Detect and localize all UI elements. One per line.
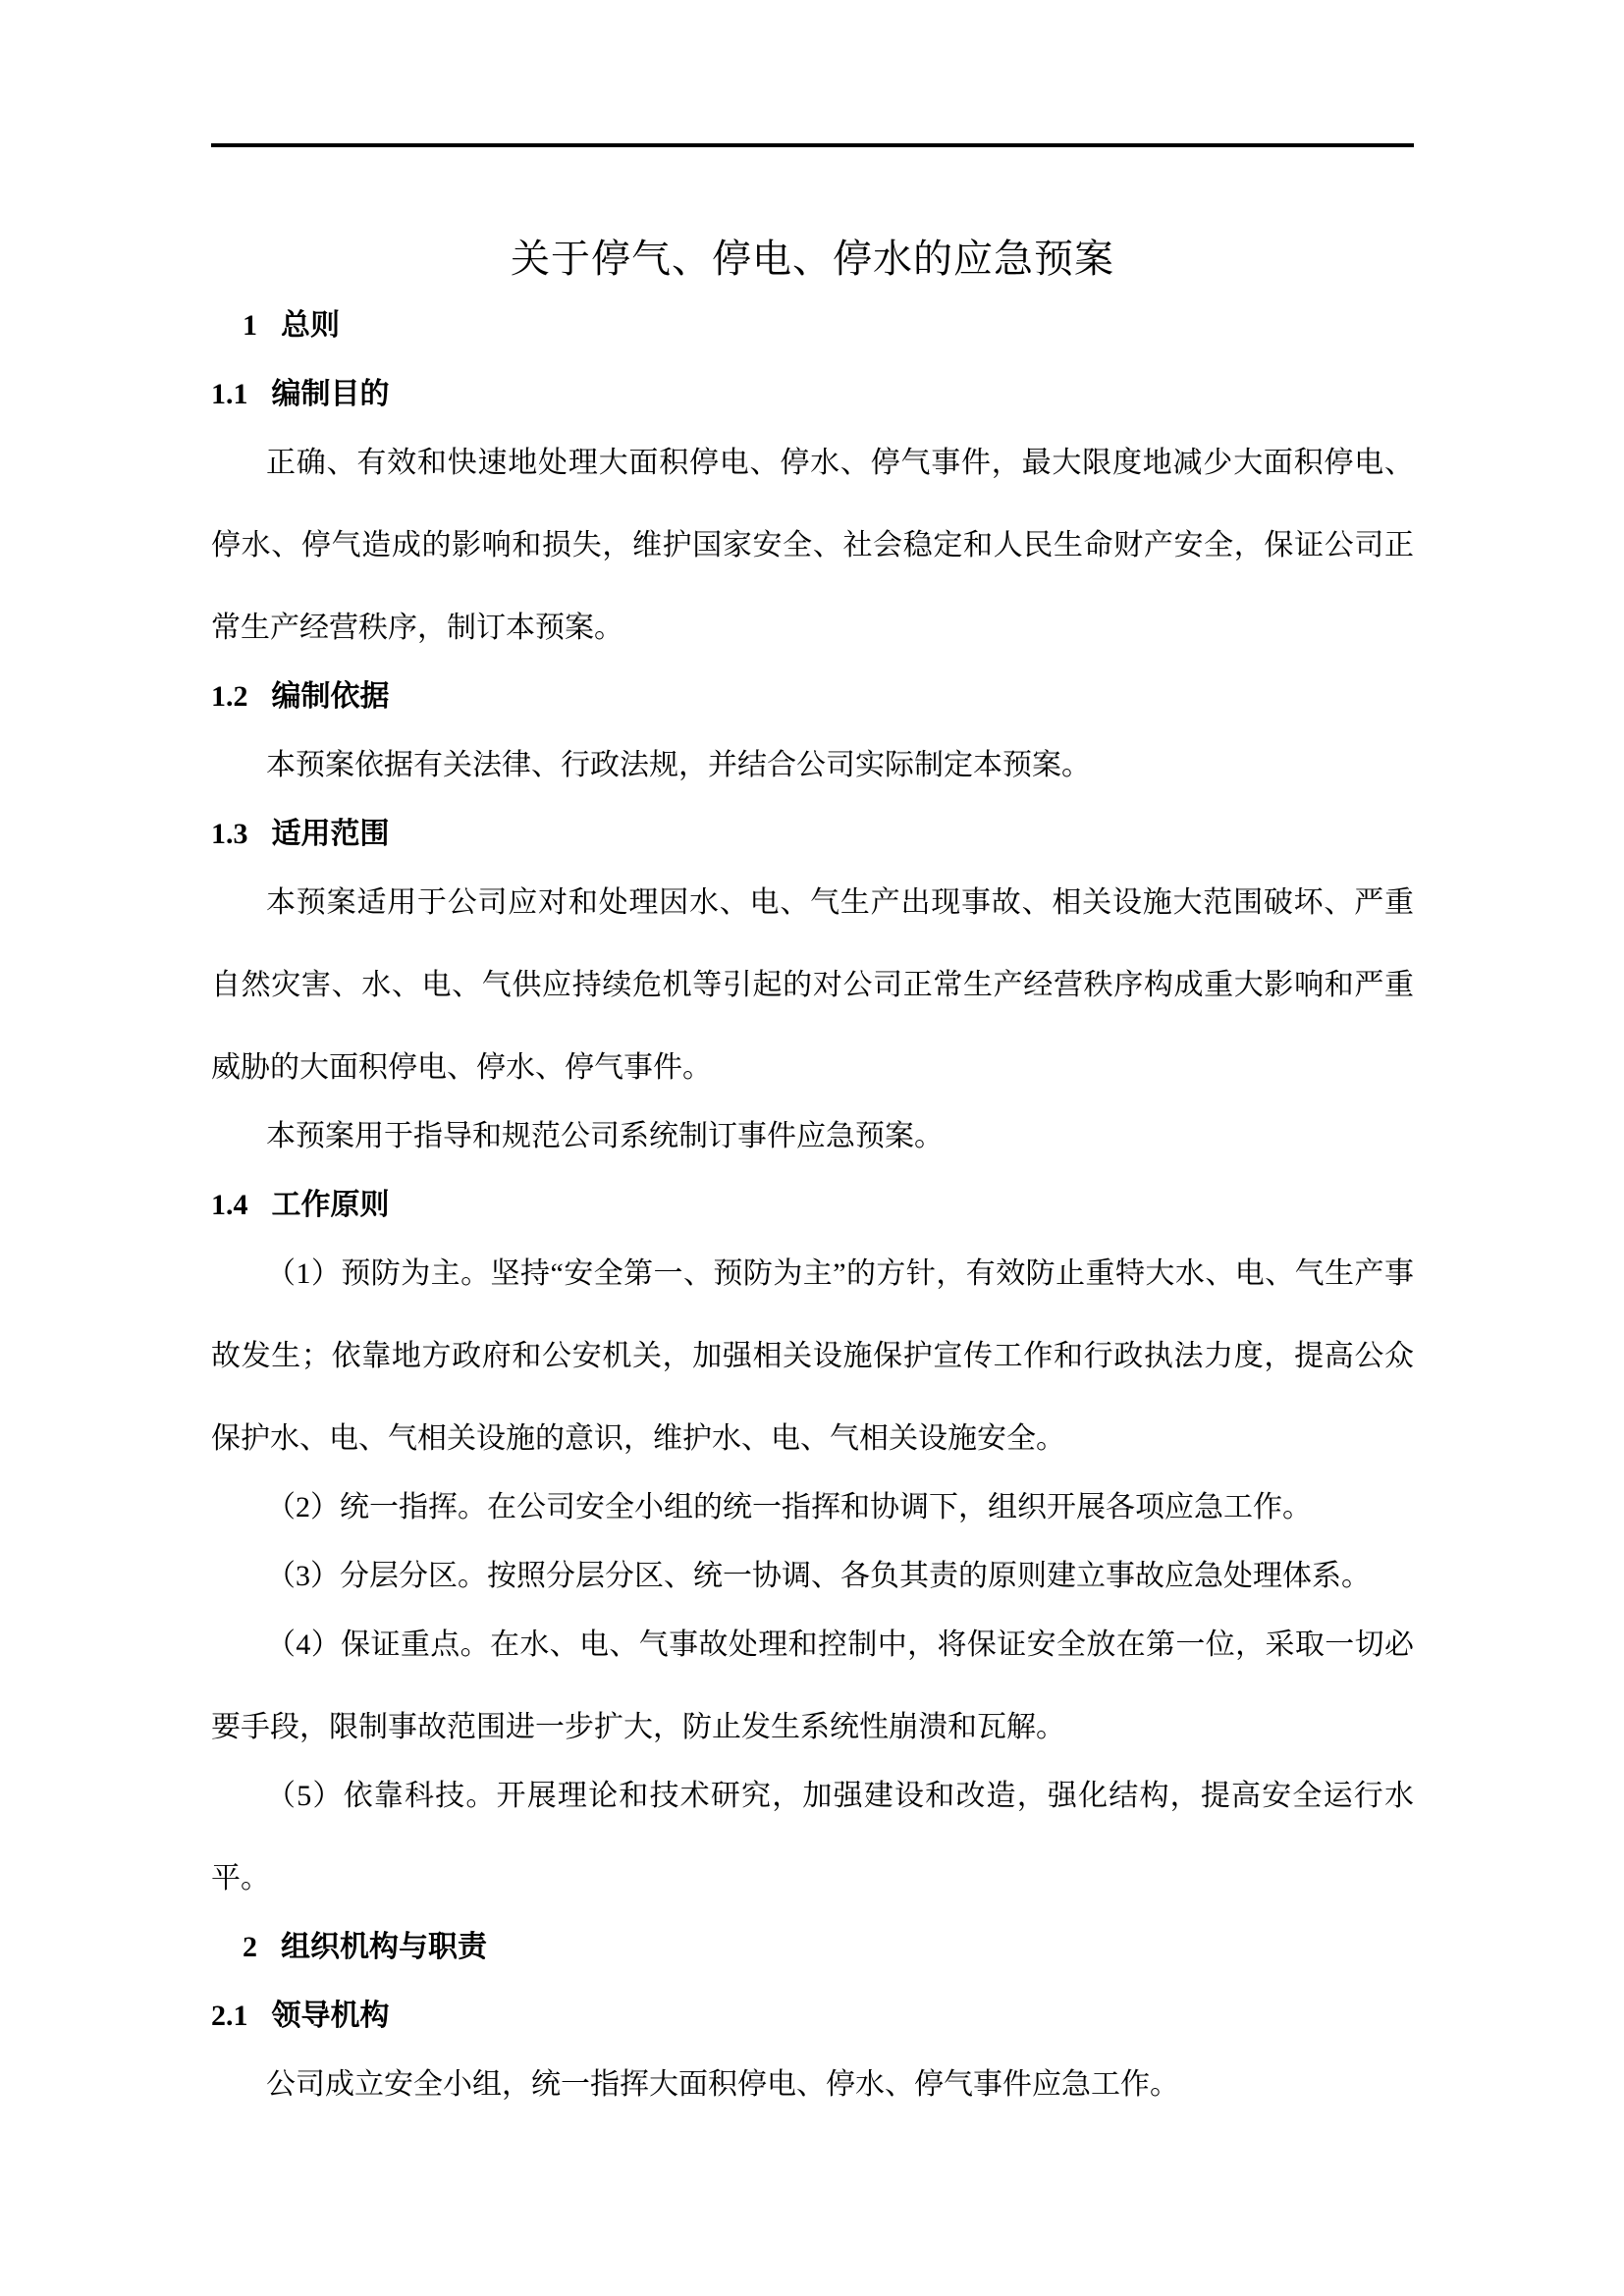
subsection-number: 1.3 xyxy=(211,793,248,876)
paragraph-principle-5: （5）依靠科技。开展理论和技术研究，加强建设和改造，强化结构，提高安全运行水平。 xyxy=(211,1755,1414,1920)
paragraph: 正确、有效和快速地处理大面积停电、停水、停气事件，最大限度地减少大面积停电、停水… xyxy=(211,422,1414,669)
section-title: 组织机构与职责 xyxy=(281,1931,487,1963)
subsection-title: 编制依据 xyxy=(272,680,390,713)
document-page: 关于停气、停电、停水的应急预案 1总则 1.1编制目的 正确、有效和快速地处理大… xyxy=(0,0,1624,2296)
subsection-number: 1.1 xyxy=(211,353,248,436)
subsection-number: 2.1 xyxy=(211,1975,248,2057)
header-rule xyxy=(211,143,1414,147)
subsection-title: 领导机构 xyxy=(272,2000,390,2032)
subsection-title: 适用范围 xyxy=(272,818,390,850)
subsection-number: 1.2 xyxy=(211,656,248,738)
paragraph: 本预案适用于公司应对和处理因水、电、气生产出现事故、相关设施大范围破坏、严重自然… xyxy=(211,862,1414,1109)
section-title: 总则 xyxy=(281,309,340,342)
paragraph-principle-4: （4）保证重点。在水、电、气事故处理和控制中，将保证安全放在第一位，采取一切必要… xyxy=(211,1604,1414,1769)
paragraph: 公司成立安全小组，统一指挥大面积停电、停水、停气事件应急工作。 xyxy=(211,2044,1414,2126)
subsection-title: 工作原则 xyxy=(272,1189,390,1221)
subsection-title: 编制目的 xyxy=(272,378,390,410)
subsection-number: 1.4 xyxy=(211,1164,248,1247)
document-title: 关于停气、停电、停水的应急预案 xyxy=(211,234,1414,285)
paragraph-principle-1: （1）预防为主。坚持“安全第一、预防为主”的方针，有效防止重特大水、电、气生产事… xyxy=(211,1233,1414,1480)
